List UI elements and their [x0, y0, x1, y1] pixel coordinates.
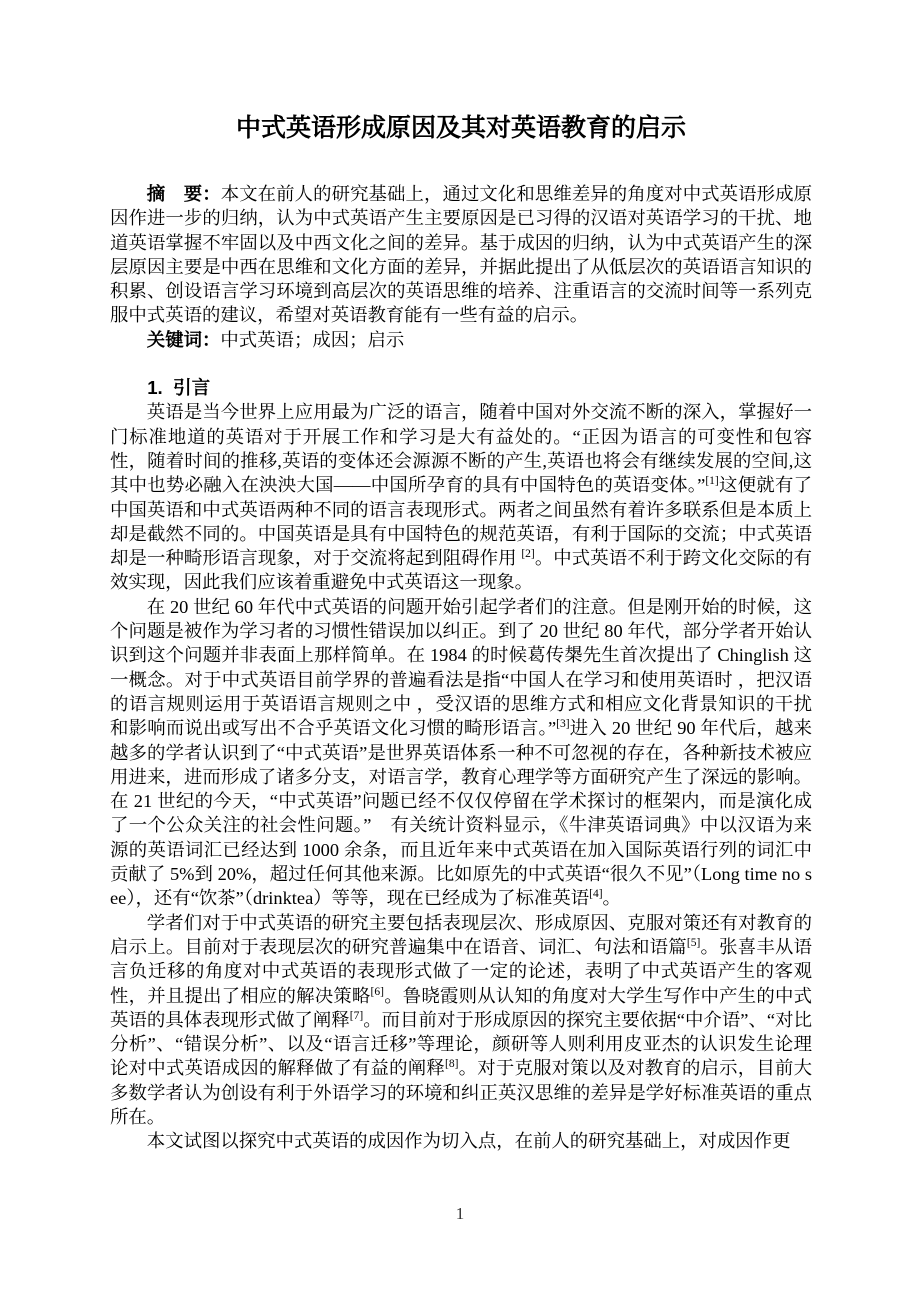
- citation-ref: [5]: [687, 937, 700, 949]
- intro-paragraph-4: 本文试图以探究中式英语的成因作为切入点，在前人的研究基础上，对成因作更: [110, 1129, 812, 1153]
- page-number: 1: [456, 1204, 465, 1223]
- text-run: 本文试图以探究中式英语的成因作为切入点，在前人的研究基础上，对成因作更: [147, 1131, 791, 1151]
- text-run: 进入 20 世纪 90 年代后，越来越多的学者认识到了“中式英语”是世界英语体系…: [110, 718, 812, 908]
- citation-ref: [4]: [589, 888, 602, 900]
- citation-ref: [6]: [371, 985, 384, 997]
- citation-ref: [7]: [350, 1010, 363, 1022]
- bold-label: 关键词：: [147, 329, 221, 350]
- document-title: 中式英语形成原因及其对英语教育的启示: [110, 112, 812, 144]
- citation-ref: [8]: [445, 1058, 458, 1070]
- citation-ref: [3]: [556, 718, 569, 730]
- text-run: 。: [603, 888, 621, 908]
- document-page: 中式英语形成原因及其对英语教育的启示 摘 要：本文在前人的研究基础上，通过文化和…: [0, 0, 920, 1302]
- intro-paragraph-2: 在 20 世纪 60 年代中式英语的问题开始引起学者们的注意。但是刚开始的时候，…: [110, 595, 812, 911]
- intro-paragraph-3: 学者们对于中式英语的研究主要包括表现层次、形成原因、克服对策还有对教育的启示上。…: [110, 911, 812, 1130]
- section-heading-introduction: 1. 引言: [110, 376, 812, 400]
- text-run: 中式英语；成因；启示: [220, 330, 404, 350]
- intro-paragraph-1: 英语是当今世界上应用最为广泛的语言，随着中国对外交流不断的深入，掌握好一门标准地…: [110, 400, 812, 594]
- citation-ref: [1]: [705, 475, 718, 487]
- keywords-paragraph: 关键词：中式英语；成因；启示: [110, 328, 812, 352]
- document-content: 中式英语形成原因及其对英语教育的启示 摘 要：本文在前人的研究基础上，通过文化和…: [110, 0, 812, 1154]
- text-run: 本文在前人的研究基础上，通过文化和思维差异的角度对中式英语形成原因作进一步的归纳…: [110, 184, 812, 325]
- bold-label: 摘 要：: [147, 183, 221, 204]
- abstract-paragraph: 摘 要：本文在前人的研究基础上，通过文化和思维差异的角度对中式英语形成原因作进一…: [110, 182, 812, 328]
- page-footer: 1: [0, 1204, 920, 1224]
- citation-ref: [2]: [521, 548, 534, 560]
- text-run: 在 20 世纪 60 年代中式英语的问题开始引起学者们的注意。但是刚开始的时候，…: [110, 597, 812, 738]
